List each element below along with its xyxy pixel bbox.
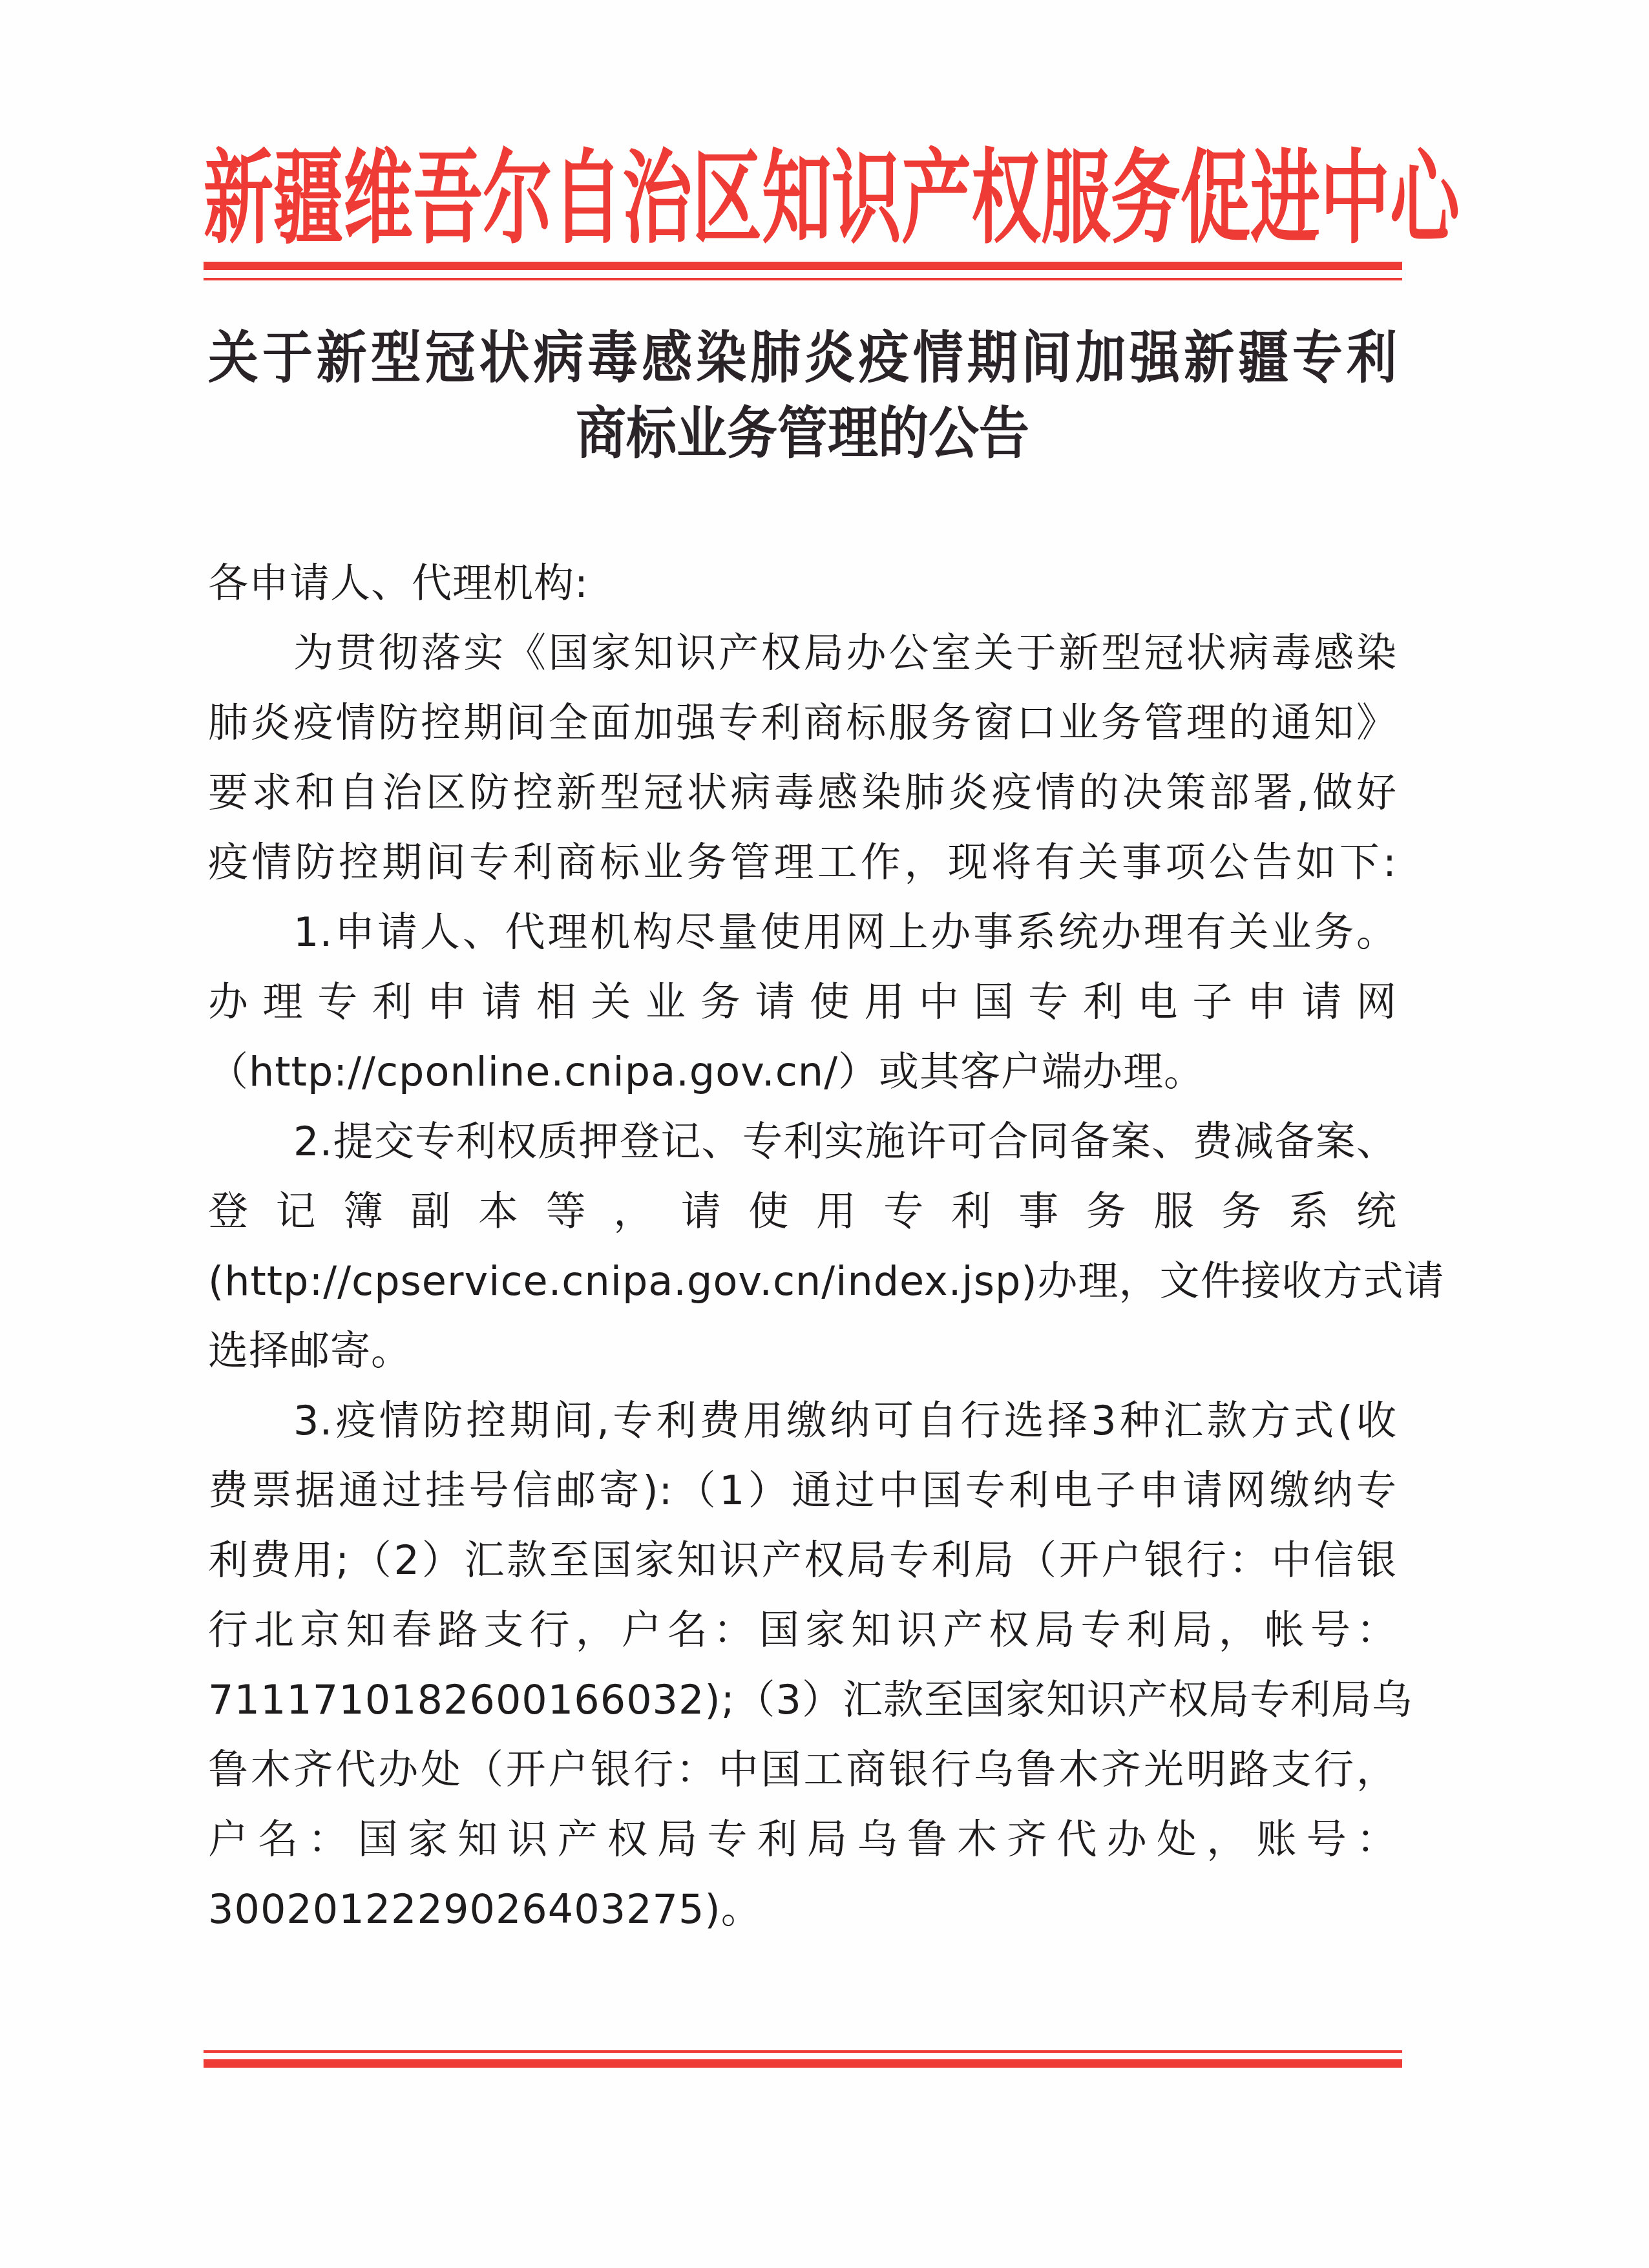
item-2-line-4: 选择邮寄。	[208, 1322, 1397, 1380]
document-title-line-2: 商标业务管理的公告	[208, 402, 1397, 467]
document-title-line-1: 关于新型冠状病毒感染肺炎疫情期间加强新疆专利	[208, 326, 1397, 391]
item-3-line-2: 费票据通过挂号信邮寄):（1）通过中国专利电子申请网缴纳专	[208, 1462, 1397, 1520]
item-1-line-2: 办理专利申请相关业务请使用中国专利电子申请网	[208, 973, 1397, 1031]
item-3-line-1: 3.疫情防控期间,专利费用缴纳可自行选择3种汇款方式(收	[208, 1392, 1397, 1450]
title-text-2: 商标业务管理的公告	[576, 398, 1029, 470]
body-line-2: 肺炎疫情防控期间全面加强专利商标服务窗口业务管理的通知》	[208, 694, 1397, 752]
item-2-line-2: 登记簿副本等，请使用专利事务服务系统	[208, 1182, 1397, 1241]
letterhead-text: 新疆维吾尔自治区知识产权服务促进中心	[204, 119, 1399, 278]
body-line-4: 疫情防控期间专利商标业务管理工作，现将有关事项公告如下:	[208, 834, 1397, 892]
item-3-line-5: 7111710182600166032);（3）汇款至国家知识产权局专利局乌	[208, 1671, 1397, 1729]
item-1-line-1: 1.申请人、代理机构尽量使用网上办事系统办理有关业务。	[208, 903, 1397, 961]
item-3-line-7: 户名：国家知识产权局专利局乌鲁木齐代办处，账号：	[208, 1811, 1397, 1869]
salutation: 各申请人、代理机构:	[208, 554, 1397, 613]
document-page: 新疆维吾尔自治区知识产权服务促进中心 关于新型冠状病毒感染肺炎疫情期间加强新疆专…	[0, 0, 1649, 2268]
body-line-3: 要求和自治区防控新型冠状病毒感染肺炎疫情的决策部署,做好	[208, 764, 1397, 822]
item-3-line-8: 3002012229026403275)。	[208, 1880, 1397, 1938]
item-2-url-line: (http://cpservice.cnipa.gov.cn/index.jsp…	[208, 1252, 1397, 1310]
letterhead-organization-name: 新疆维吾尔自治区知识产权服务促进中心	[204, 143, 1399, 253]
item-1-url-line: （http://cponline.cnipa.gov.cn/）或其客户端办理。	[208, 1043, 1397, 1101]
title-text-1: 关于新型冠状病毒感染肺炎疫情期间加强新疆专利	[208, 322, 1397, 395]
footer-thin-red-rule	[204, 2050, 1402, 2053]
item-2-line-1: 2.提交专利权质押登记、专利实施许可合同备案、费减备案、	[208, 1113, 1397, 1171]
body-line-1: 为贯彻落实《国家知识产权局办公室关于新型冠状病毒感染	[208, 624, 1397, 682]
letterhead-thin-red-rule	[204, 278, 1402, 280]
item-3-line-3: 利费用;（2）汇款至国家知识产权局专利局（开户银行：中信银	[208, 1531, 1397, 1590]
footer-thick-red-rule	[204, 2059, 1402, 2068]
letterhead-thick-red-rule	[204, 262, 1402, 270]
item-3-line-4: 行北京知春路支行，户名：国家知识产权局专利局，帐号：	[208, 1601, 1397, 1659]
item-3-line-6: 鲁木齐代办处（开户银行：中国工商银行乌鲁木齐光明路支行，	[208, 1741, 1397, 1799]
